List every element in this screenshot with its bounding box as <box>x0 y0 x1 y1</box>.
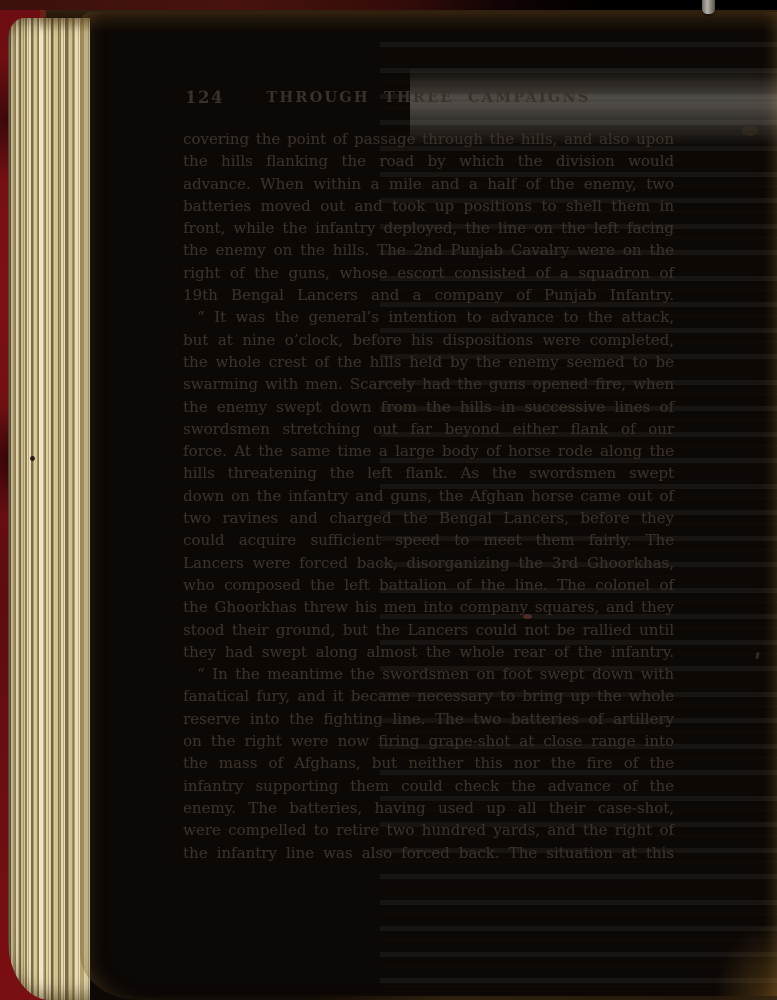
page-corner-shadow <box>707 910 777 1000</box>
book-photo-scene: 124 THROUGH THREE CAMPAIGNS covering the… <box>0 0 777 1000</box>
text-line: could acquire sufficient speed to meet t… <box>183 529 674 551</box>
text-line: force. At the same time a large body of … <box>183 440 674 462</box>
text-line: infantry supporting them could check the… <box>183 775 674 797</box>
text-line: but at nine o’clock, before his disposit… <box>183 329 674 351</box>
text-line: the hills flanking the road by which the… <box>183 150 674 172</box>
text-line: two ravines and charged the Bengal Lance… <box>183 507 674 529</box>
pink-smudge <box>523 614 532 619</box>
text-line: the enemy on the hills. The 2nd Punjab C… <box>183 239 674 261</box>
text-line: the Ghoorkhas threw his men into company… <box>183 596 674 618</box>
paragraph: “ In the meantime the swordsmen on foot … <box>183 663 674 864</box>
text-block: covering the point of passage through th… <box>183 128 674 864</box>
text-line: were compelled to retire two hundred yar… <box>183 819 674 841</box>
text-line: covering the point of passage through th… <box>183 128 674 150</box>
text-line: “ It was the general’s intention to adva… <box>183 306 674 328</box>
text-line: swarming with men. Scarcely had the guns… <box>183 373 674 395</box>
text-line: down on the infantry and guns, the Afgha… <box>183 485 674 507</box>
running-head: 124 THROUGH THREE CAMPAIGNS <box>183 88 674 108</box>
running-title: THROUGH THREE CAMPAIGNS <box>183 89 674 106</box>
text-line: advance. When within a mile and a half o… <box>183 173 674 195</box>
text-line: the mass of Afghans, but neither this no… <box>183 752 674 774</box>
text-line: on the right were now firing grape-shot … <box>183 730 674 752</box>
page-fore-edge-stack <box>8 18 90 1000</box>
text-line: the infantry line was also forced back. … <box>183 842 674 864</box>
paragraph: covering the point of passage through th… <box>183 128 674 306</box>
text-line: hills threatening the left flank. As the… <box>183 462 674 484</box>
text-line: “ In the meantime the swordsmen on foot … <box>183 663 674 685</box>
text-line: they had swept along almost the whole re… <box>183 641 674 663</box>
text-line: front, while the infantry deployed, the … <box>183 217 674 239</box>
text-line: swordsmen stretching out far beyond eith… <box>183 418 674 440</box>
text-line: right of the guns, whose escort consiste… <box>183 262 674 284</box>
text-line: stood their ground, but the Lancers coul… <box>183 619 674 641</box>
edge-notch <box>30 456 35 461</box>
text-line: fanatical fury, and it became necessary … <box>183 685 674 707</box>
text-line: 19th Bengal Lancers and a company of Pun… <box>183 284 674 306</box>
text-line: reserve into the fighting line. The two … <box>183 708 674 730</box>
paragraph: “ It was the general’s intention to adva… <box>183 306 674 663</box>
text-line: Lancers were forced back, disorganizing … <box>183 552 674 574</box>
text-line: batteries moved out and took up position… <box>183 195 674 217</box>
paper-blemish <box>742 126 758 136</box>
text-line: the enemy swept down from the hills in s… <box>183 396 674 418</box>
text-line: enemy. The batteries, having used up all… <box>183 797 674 819</box>
metal-clip <box>702 0 715 14</box>
book-top-edge <box>0 0 777 10</box>
text-line: the whole crest of the hills held by the… <box>183 351 674 373</box>
text-line: who composed the left battalion of the l… <box>183 574 674 596</box>
page-bottom-edge-shadow <box>310 996 777 1000</box>
